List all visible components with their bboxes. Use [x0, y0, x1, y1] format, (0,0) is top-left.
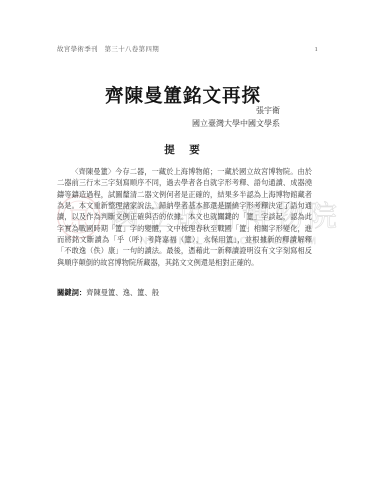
abstract-heading: 提 要: [0, 142, 366, 157]
page-number: 1: [314, 46, 318, 53]
keywords-list: 齊陳曼簠、逸、簠、般: [86, 288, 159, 297]
author-block: 張宇衛 國立臺灣大學中國文學系: [192, 105, 280, 130]
keywords-label: 關鍵詞：: [57, 288, 86, 297]
abstract-text: 〈齊陳曼簠〉今存二器，一藏於上海博物館；一藏於國立故宮博物院。由於二器前三行末三…: [57, 167, 312, 269]
author-name: 張宇衛: [192, 105, 280, 118]
journal-title: 故宮學術季刊 第三十八卷第四期: [57, 44, 159, 53]
keywords-line: 關鍵詞：齊陳曼簠、逸、簠、般: [57, 288, 312, 298]
author-affiliation: 國立臺灣大學中國文學系: [192, 118, 280, 131]
running-head: 故宮學術季刊 第三十八卷第四期 1: [57, 44, 318, 53]
article-title: 齊陳曼簠銘文再探: [0, 82, 366, 108]
document-page: 故宮學術季刊 第三十八卷第四期 1 齊陳曼簠銘文再探 張宇衛 國立臺灣大學中國文…: [0, 0, 366, 500]
